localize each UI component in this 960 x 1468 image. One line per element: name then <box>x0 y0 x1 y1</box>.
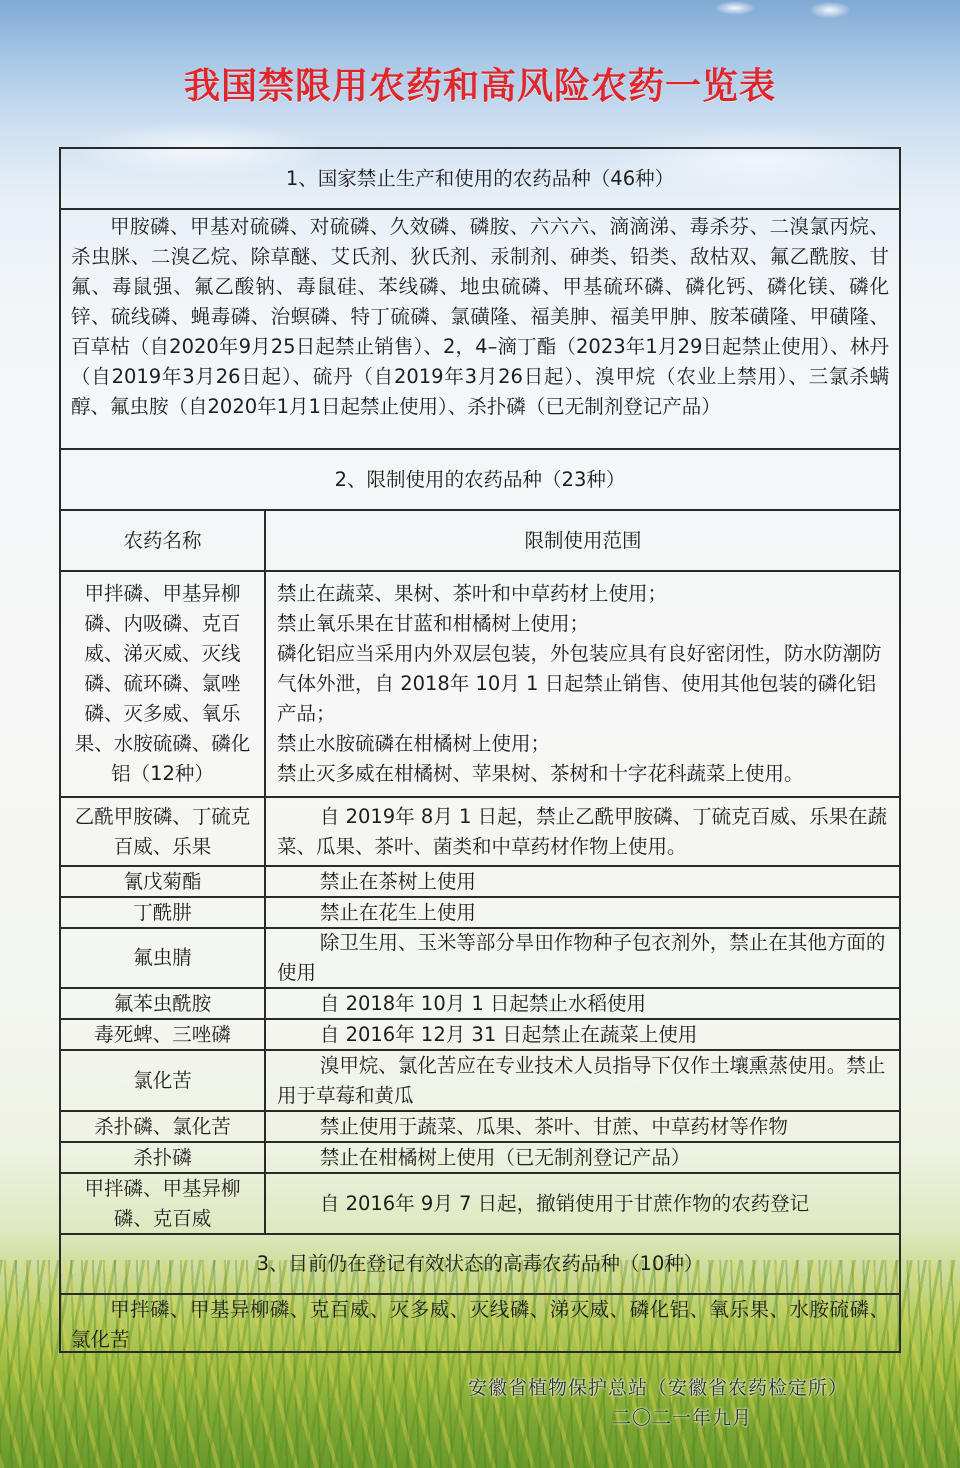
table-row: 氰戊菊酯 禁止在茶树上使用 <box>61 865 899 896</box>
scope-line: 禁止在蔬菜、果树、茶叶和中草药材上使用； <box>277 579 889 609</box>
scope-text: 除卫生用、玉米等部分旱田作物种子包衣剂外，禁止在其他方面的使用 <box>277 928 889 988</box>
pesticide-name: 杀扑磷、氯化苦 <box>61 1112 266 1141</box>
pesticide-name: 丁酰肼 <box>61 898 266 927</box>
section2-column-header-row: 农药名称 限制使用范围 <box>61 509 899 570</box>
table-row: 杀扑磷、氯化苦 禁止使用于蔬菜、瓜果、茶叶、甘蔗、中草药材等作物 <box>61 1110 899 1141</box>
scope-text: 禁止使用于蔬菜、瓜果、茶叶、甘蔗、中草药材等作物 <box>277 1112 889 1142</box>
section1-body-row: 甲胺磷、甲基对硫磷、对硫磷、久效磷、磷胺、六六六、滴滴涕、毒杀芬、二溴氯丙烷、杀… <box>61 208 899 448</box>
scope-line: 禁止氧乐果在甘蓝和柑橘树上使用； <box>277 609 889 639</box>
scope-text: 自 2019年 8月 1 日起，禁止乙酰甲胺磷、丁硫克百威、乐果在蔬菜、瓜果、茶… <box>277 802 889 862</box>
table-row: 毒死蜱、三唑磷 自 2016年 12月 31 日起禁止在蔬菜上使用 <box>61 1018 899 1049</box>
restriction-scope: 自 2016年 9月 7 日起，撤销使用于甘蔗作物的农药登记 <box>266 1174 899 1233</box>
restriction-scope: 禁止在花生上使用 <box>266 898 899 927</box>
scope-text: 禁止在茶树上使用 <box>277 867 889 897</box>
restriction-scope: 自 2019年 8月 1 日起，禁止乙酰甲胺磷、丁硫克百威、乐果在蔬菜、瓜果、茶… <box>266 798 899 865</box>
table-row: 甲拌磷、甲基异柳磷、内吸磷、克百威、涕灭威、灭线磷、硫环磷、氯唑磷、灭多威、氧乐… <box>61 570 899 796</box>
section3-heading: 3、目前仍在登记有效状态的高毒农药品种（10种） <box>61 1235 899 1293</box>
scope-line: 禁止水胺硫磷在柑橘树上使用； <box>277 729 889 759</box>
scope-text: 自 2016年 12月 31 日起禁止在蔬菜上使用 <box>277 1020 889 1050</box>
section1-banned-list: 甲胺磷、甲基对硫磷、对硫磷、久效磷、磷胺、六六六、滴滴涕、毒杀芬、二溴氯丙烷、杀… <box>61 210 899 448</box>
scope-text: 禁止在柑橘树上使用（已无制剂登记产品） <box>277 1143 889 1173</box>
restriction-scope: 溴甲烷、氯化苦应在专业技术人员指导下仅作土壤熏蒸使用。禁止用于草莓和黄瓜 <box>266 1051 899 1110</box>
section3-heading-row: 3、目前仍在登记有效状态的高毒农药品种（10种） <box>61 1233 899 1293</box>
pesticide-name: 氰戊菊酯 <box>61 867 266 896</box>
scope-text: 禁止在花生上使用 <box>277 898 889 928</box>
pesticide-table: 1、国家禁止生产和使用的农药品种（46种） 甲胺磷、甲基对硫磷、对硫磷、久效磷、… <box>59 147 901 1353</box>
pesticide-name: 毒死蜱、三唑磷 <box>61 1020 266 1049</box>
pesticide-name: 乙酰甲胺磷、丁硫克百威、乐果 <box>61 798 266 865</box>
table-row: 氯化苦 溴甲烷、氯化苦应在专业技术人员指导下仅作土壤熏蒸使用。禁止用于草莓和黄瓜 <box>61 1049 899 1110</box>
pesticide-name: 甲拌磷、甲基异柳磷、内吸磷、克百威、涕灭威、灭线磷、硫环磷、氯唑磷、灭多威、氧乐… <box>61 572 266 796</box>
section3-body-row: 甲拌磷、甲基异柳磷、克百威、灭多威、灭线磷、涕灭威、磷化铝、氧乐果、水胺硫磷、氯… <box>61 1293 899 1351</box>
section1-heading: 1、国家禁止生产和使用的农药品种（46种） <box>61 149 899 208</box>
section1-heading-row: 1、国家禁止生产和使用的农药品种（46种） <box>61 149 899 208</box>
scope-text: 自 2016年 9月 7 日起，撤销使用于甘蔗作物的农药登记 <box>277 1189 889 1219</box>
pesticide-name: 氟虫腈 <box>61 929 266 987</box>
table-row: 甲拌磷、甲基异柳磷、克百威 自 2016年 9月 7 日起，撤销使用于甘蔗作物的… <box>61 1172 899 1233</box>
section2-heading: 2、限制使用的农药品种（23种） <box>61 450 899 509</box>
section3-high-toxicity-list: 甲拌磷、甲基异柳磷、克百威、灭多威、灭线磷、涕灭威、磷化铝、氧乐果、水胺硫磷、氯… <box>61 1295 899 1351</box>
page-title: 我国禁限用农药和高风险农药一览表 <box>0 58 960 109</box>
restriction-scope: 禁止使用于蔬菜、瓜果、茶叶、甘蔗、中草药材等作物 <box>266 1112 899 1141</box>
pesticide-name: 氯化苦 <box>61 1051 266 1110</box>
column-header-scope: 限制使用范围 <box>266 511 899 570</box>
restriction-scope: 自 2016年 12月 31 日起禁止在蔬菜上使用 <box>266 1020 899 1049</box>
restriction-scope: 禁止在柑橘树上使用（已无制剂登记产品） <box>266 1143 899 1172</box>
column-header-name: 农药名称 <box>61 511 266 570</box>
table-row: 氟苯虫酰胺 自 2018年 10月 1 日起禁止水稻使用 <box>61 987 899 1018</box>
table-row: 氟虫腈 除卫生用、玉米等部分旱田作物种子包衣剂外，禁止在其他方面的使用 <box>61 927 899 987</box>
footer-date: 二〇二一年九月 <box>612 1404 752 1432</box>
scope-text: 溴甲烷、氯化苦应在专业技术人员指导下仅作土壤熏蒸使用。禁止用于草莓和黄瓜 <box>277 1051 889 1111</box>
restriction-scope: 禁止在茶树上使用 <box>266 867 899 896</box>
scope-line: 禁止灭多威在柑橘树、苹果树、茶树和十字花科蔬菜上使用。 <box>277 759 889 789</box>
pesticide-name: 甲拌磷、甲基异柳磷、克百威 <box>61 1174 266 1233</box>
restriction-scope: 除卫生用、玉米等部分旱田作物种子包衣剂外，禁止在其他方面的使用 <box>266 929 899 987</box>
pesticide-name: 氟苯虫酰胺 <box>61 989 266 1018</box>
table-row: 丁酰肼 禁止在花生上使用 <box>61 896 899 927</box>
footer-issuer: 安徽省植物保护总站（安徽省农药检定所） <box>468 1374 848 1402</box>
restriction-scope: 自 2018年 10月 1 日起禁止水稻使用 <box>266 989 899 1018</box>
scope-line: 磷化铝应当采用内外双层包装，外包装应具有良好密闭性，防水防潮防气体外泄，自 20… <box>277 639 889 729</box>
scope-text: 自 2018年 10月 1 日起禁止水稻使用 <box>277 989 889 1019</box>
section2-heading-row: 2、限制使用的农药品种（23种） <box>61 448 899 509</box>
table-row: 乙酰甲胺磷、丁硫克百威、乐果 自 2019年 8月 1 日起，禁止乙酰甲胺磷、丁… <box>61 796 899 865</box>
table-row: 杀扑磷 禁止在柑橘树上使用（已无制剂登记产品） <box>61 1141 899 1172</box>
restriction-scope: 禁止在蔬菜、果树、茶叶和中草药材上使用； 禁止氧乐果在甘蓝和柑橘树上使用； 磷化… <box>266 572 899 796</box>
pesticide-name: 杀扑磷 <box>61 1143 266 1172</box>
